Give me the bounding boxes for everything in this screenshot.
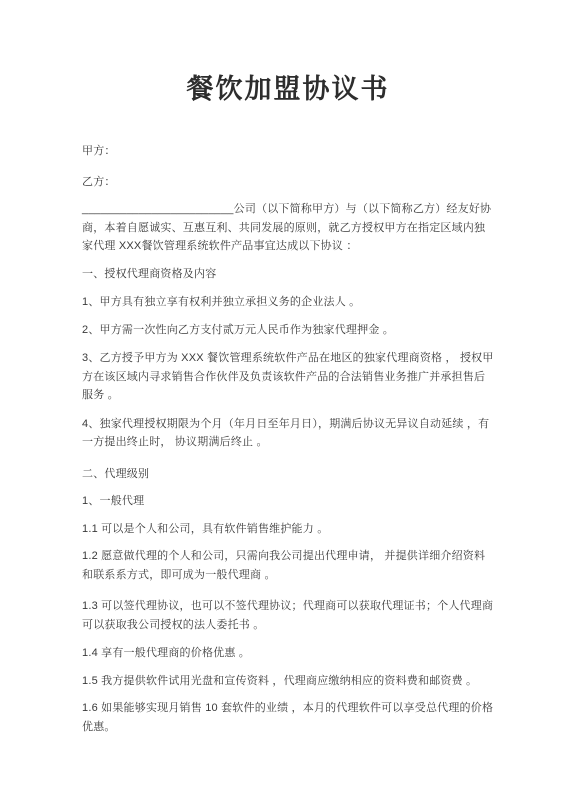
section1-heading: 一、授权代理商资格及内容	[82, 265, 494, 284]
section1-clause-3: 3、乙方授予甲方为 XXX 餐饮管理系统软件产品在地区的独家代理商资格 ， 授权…	[82, 349, 494, 405]
intro-paragraph: ________________________公司（以下简称甲方）与（以下简称…	[82, 200, 494, 256]
section2-clause-1-1: 1.1 可以是个人和公司，具有软件销售维护能力 。	[82, 520, 494, 539]
section2-clause-1-3: 1.3 可以签代理协议，也可以不签代理协议；代理商可以获取代理证书；个人代理商可…	[82, 597, 494, 634]
section1-clause-4: 4、独家代理授权期限为个月（年月日至年月日），期满后协议无异议自动延续 ，有一方…	[82, 415, 494, 452]
section2-clause-1-6: 1.6 如果能够实现月销售 10 套软件的业绩 ，本月的代理软件可以享受总代理的…	[82, 699, 494, 736]
party-b-label: 乙方：	[82, 173, 494, 192]
document-page: 餐饮加盟协议书 甲方： 乙方： ________________________…	[0, 0, 566, 800]
document-title: 餐饮加盟协议书	[82, 74, 494, 104]
section1-clause-1: 1、甲方具有独立享有权利并独立承担义务的企业法人 。	[82, 293, 494, 312]
section2-subheading: 1、一般代理	[82, 492, 494, 511]
party-a-label: 甲方：	[82, 142, 494, 161]
section1-clause-2: 2、甲方需一次性向乙方支付贰万元人民币作为独家代理押金 。	[82, 321, 494, 340]
section2-clause-1-5: 1.5 我方提供软件试用光盘和宣传资料 ，代理商应缴纳相应的资料费和邮资费 。	[82, 672, 494, 691]
section2-clause-1-2: 1.2 愿意做代理的个人和公司，只需向我公司提出代理申请， 并提供详细介绍资料和…	[82, 547, 494, 584]
section2-clause-1-4: 1.4 享有一般代理商的价格优惠 。	[82, 644, 494, 663]
section2-heading: 二、代理级别	[82, 465, 494, 484]
